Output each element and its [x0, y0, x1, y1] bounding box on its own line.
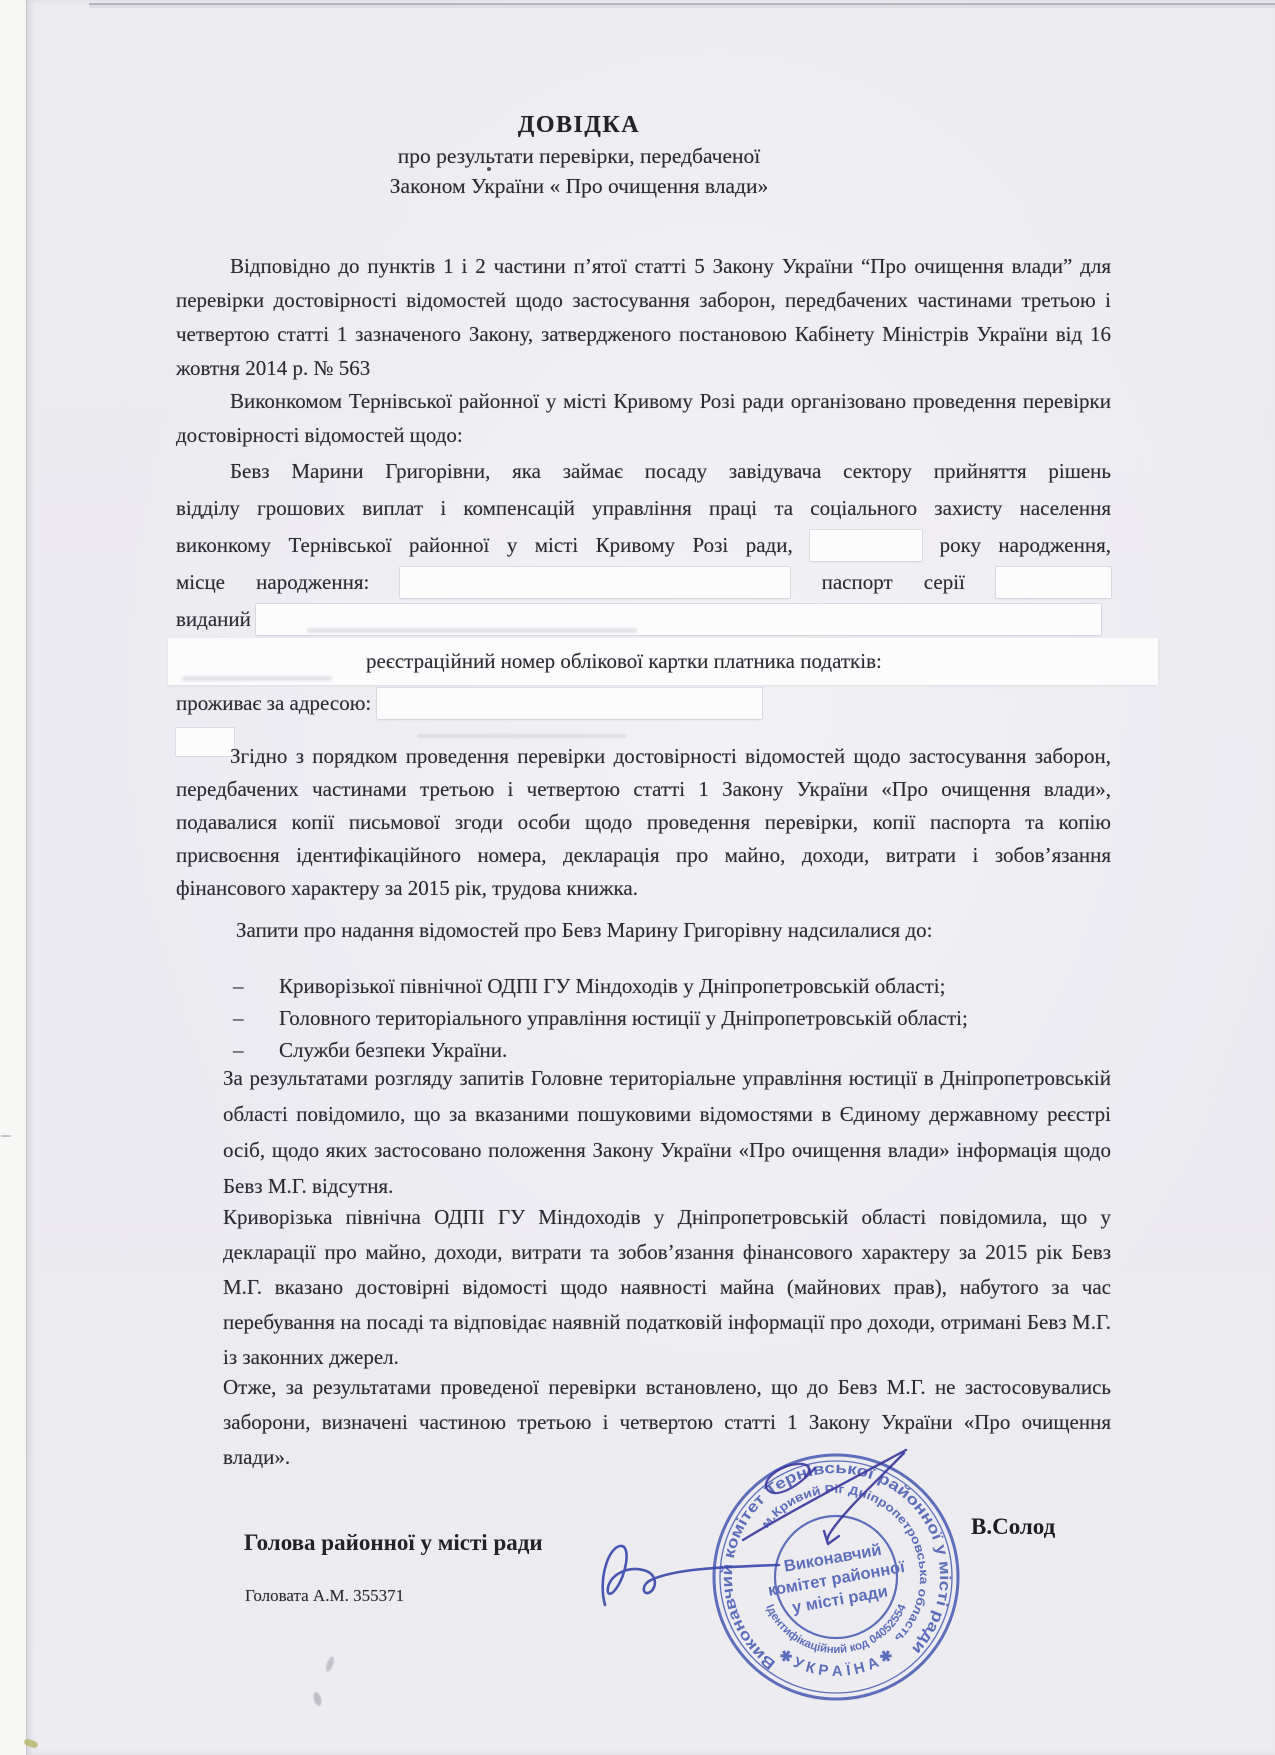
handwritten-signature	[603, 1546, 779, 1605]
person-line: Бевз Марини Григорівни, яка займає посад…	[176, 453, 1111, 490]
paragraph-tax-reply: Криворізька північна ОДПІ ГУ Міндоходів …	[223, 1200, 1111, 1375]
paragraph-person-details: Бевз Марини Григорівни, яка займає посад…	[176, 453, 1111, 750]
scanner-background	[0, 0, 26, 1755]
paragraph-organizer: Виконкомом Тернівської районної у місті …	[176, 384, 1111, 452]
person-line-text: паспорт серії	[822, 570, 965, 594]
scan-ghost-text	[182, 676, 332, 681]
list-item-text: Головного територіального управління юст…	[279, 1002, 968, 1034]
signature-clerk-note: Головата А.М. 355371	[245, 1586, 404, 1606]
list-item-text: Криворізької північної ОДПІ ГУ Міндоході…	[279, 970, 945, 1002]
list-dash: –	[233, 970, 244, 1002]
person-line: відділу грошових виплат і компенсацій уп…	[176, 490, 1111, 527]
paragraph-requests-intro: Запити про надання відомостей про Бевз М…	[176, 913, 1111, 947]
page-top-edge-shadow	[89, 5, 1275, 8]
document-title: ДОВІДКА	[176, 112, 982, 139]
person-line: проживає за адресою:	[176, 685, 1111, 722]
person-line-text: проживає за адресою:	[176, 691, 371, 715]
person-line: місце народження: паспорт серії	[176, 564, 1111, 601]
paragraph-procedure: Згідно з порядком проведення перевірки д…	[176, 740, 1111, 905]
pen-stroke-arrow	[824, 1453, 904, 1544]
redaction-box-address	[377, 688, 762, 719]
pen-stroke-loop	[766, 1464, 815, 1493]
redaction-box-birth-year	[810, 530, 922, 561]
pen-stroke	[743, 1450, 906, 1540]
paragraph-legal-basis: Відповідно до пунктів 1 і 2 частини п’ят…	[176, 249, 1111, 385]
person-line-text: місце народження:	[176, 570, 369, 594]
person-line-text: року народження,	[940, 533, 1111, 557]
list-item: – Головного територіального управління ю…	[176, 1002, 1111, 1034]
person-line-text: реєстраційний номер облікової картки пла…	[366, 649, 882, 673]
list-dash: –	[233, 1002, 244, 1034]
signature-position-title: Голова районної у місті ради	[244, 1530, 543, 1556]
person-line-text: виконкому Тернівської районної у місті К…	[176, 533, 793, 557]
scan-artifact	[487, 167, 491, 171]
scan-artifact	[0, 1135, 12, 1137]
scan-ghost-text	[307, 628, 637, 633]
redaction-box-passport-series	[996, 567, 1111, 598]
scan-ghost-text	[417, 734, 627, 738]
scanned-document: ДОВІДКА про результати перевірки, передб…	[0, 0, 1275, 1755]
person-line: виконкому Тернівської районної у місті К…	[176, 527, 1111, 564]
document-subtitle-line2: Законом України « Про очищення влади»	[176, 174, 982, 199]
redaction-box-birthplace	[400, 567, 790, 598]
list-item: – Криворізької північної ОДПІ ГУ Міндохо…	[176, 970, 1111, 1002]
paragraph-justice-reply: За результатами розгляду запитів Головне…	[223, 1060, 1111, 1204]
ink-overlay	[534, 1420, 1054, 1670]
person-line-text: виданий	[176, 607, 251, 631]
document-subtitle-line1: про результати перевірки, передбаченої	[176, 144, 982, 169]
